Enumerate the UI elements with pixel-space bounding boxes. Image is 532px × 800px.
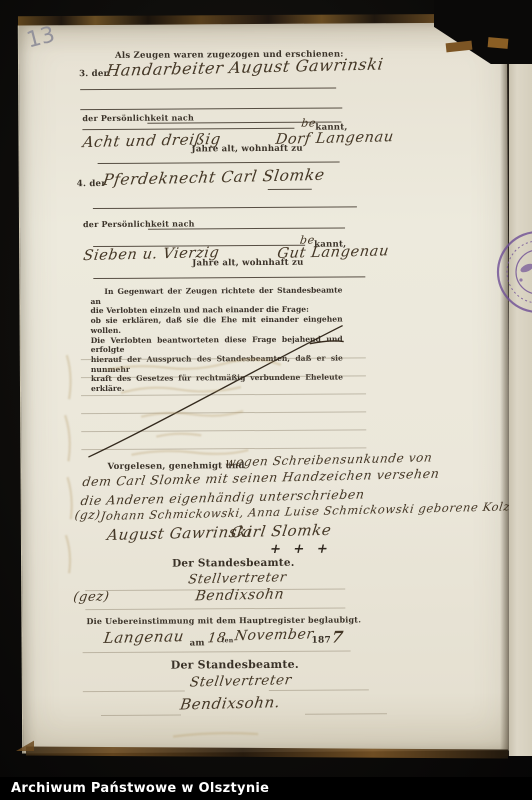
witness3-residence-handwritten: Dorf Langenau — [275, 129, 395, 148]
ruled-line — [148, 228, 345, 230]
declaration-line: hierauf der Ausspruch des Standesbeamten… — [91, 353, 343, 374]
faint-ruled-line — [81, 447, 366, 450]
faint-ruled-line — [83, 650, 351, 653]
ruled-line — [80, 108, 342, 111]
slomke-handmarks: + + + — [268, 542, 333, 557]
declaration-line: Die Verlobten beantworteten diese Frage … — [91, 334, 343, 355]
ruled-line — [98, 162, 340, 164]
gez-mark-2: (gez) — [72, 589, 110, 605]
faint-ruled-line — [101, 715, 181, 716]
ruled-line — [80, 88, 336, 91]
witness4-identity-label: der Persönlichkeit nach — [83, 218, 195, 229]
archive-name-label: Archiwum Państwowe w Olsztynie — [0, 777, 532, 800]
witness3-prefix: 3. der — [79, 69, 108, 79]
folio-number-pencil: 13 — [24, 22, 57, 53]
faint-ruled-line — [305, 713, 387, 715]
faint-ruled-line — [269, 689, 369, 691]
archive-caption-bar: Archiwum Państwowe w Olsztynie — [0, 777, 532, 800]
certification-am: am — [190, 638, 205, 648]
registrar-title: Der Standesbeamte. — [172, 557, 295, 570]
declaration-line: ob sie erklären, daß sie die Ehe mit ein… — [91, 315, 343, 336]
archival-photo-viewer: 13 Als Zeugen waren zugezogen und erschi… — [0, 0, 532, 800]
witness3-identity-label: der Persönlichkeit nach — [82, 112, 194, 123]
register-page: 13 Als Zeugen waren zugezogen und erschi… — [18, 23, 511, 754]
certification-year-printed: 187 — [312, 636, 331, 646]
ruled-line — [93, 206, 357, 209]
faint-ruled-line — [83, 690, 185, 692]
certification-month: November — [234, 626, 315, 644]
adjacent-page-strip — [509, 60, 532, 756]
page-edge-fragment — [488, 37, 509, 49]
registrar-signature-2: Bendixsohn. — [179, 693, 282, 713]
faint-ruled-line — [81, 429, 366, 432]
certification-statement: Die Uebereinstimmung mit dem Hauptregist… — [86, 614, 361, 626]
declaration-line: In Gegenwart der Zeugen richtete der Sta… — [90, 286, 342, 307]
faint-ruled-line — [81, 393, 366, 396]
deputy-handwritten-2: Stellvertreter — [189, 672, 293, 690]
ruled-line — [268, 189, 312, 190]
certification-place: Langenau — [103, 627, 186, 647]
witness4-name-handwritten: Pferdeknecht Carl Slomke — [102, 166, 326, 189]
ruled-line — [93, 276, 365, 279]
certification-ten: ten — [222, 637, 234, 644]
faint-ruled-line — [81, 411, 366, 414]
signature-slomke: Carl Slomke — [230, 521, 333, 541]
deputy-handwritten: Stellvertreter — [187, 570, 287, 587]
registrar-signature: Bendixsohn — [194, 586, 285, 604]
registrar-title-2: Der Standesbeamte. — [171, 658, 299, 672]
archive-stamp-icon — [494, 228, 532, 316]
gez-mark: (gz) — [74, 508, 102, 523]
book-bottom-edge — [26, 747, 508, 759]
witness4-residence-handwritten: Gut Langenau — [276, 243, 390, 262]
certification-year-digit: 7 — [331, 627, 345, 646]
faint-ruled-line — [85, 608, 345, 611]
